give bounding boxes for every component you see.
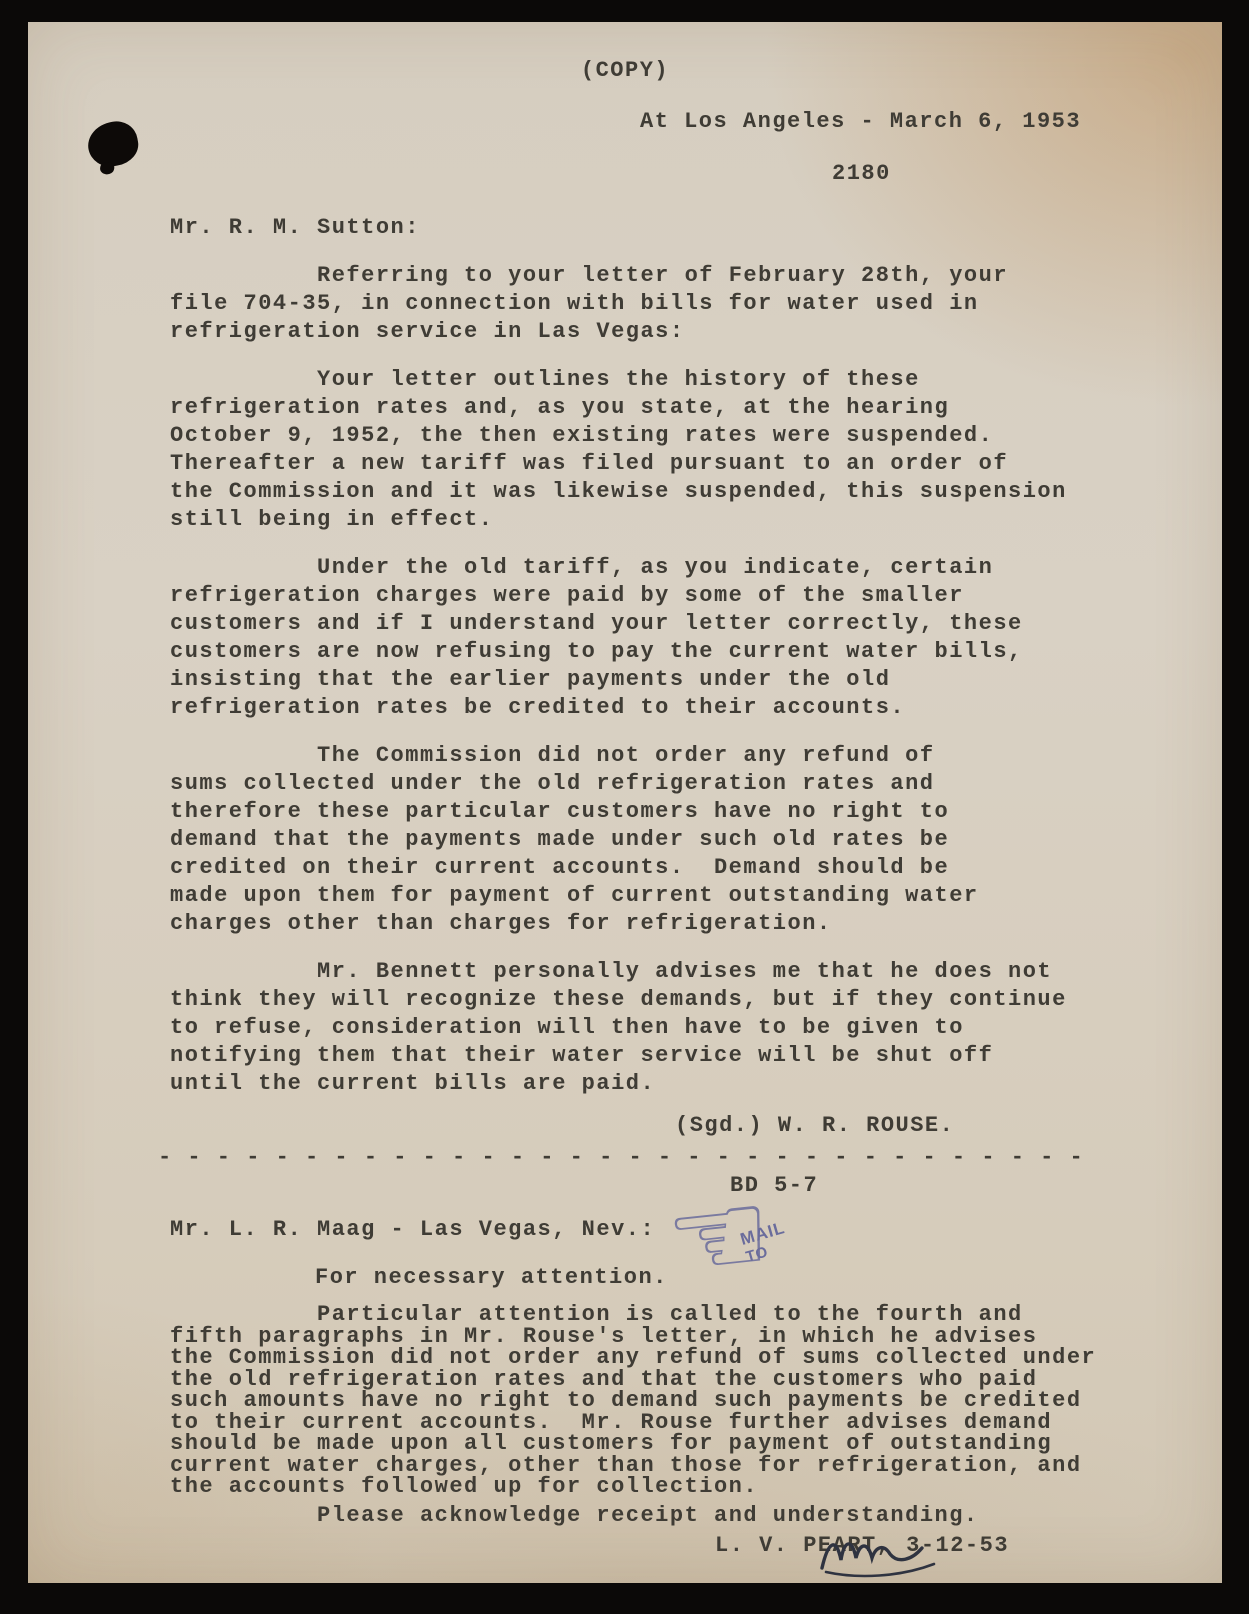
handwritten-initials bbox=[816, 1524, 966, 1582]
letter-page: (COPY) At Los Angeles - March 6, 1953 21… bbox=[28, 22, 1222, 1583]
file-number: 2180 bbox=[832, 160, 1138, 188]
forward-paragraph: Particular attention is called to the fo… bbox=[170, 1304, 1138, 1498]
salutation: Mr. R. M. Sutton: bbox=[170, 214, 1138, 242]
initials-scribble-icon bbox=[816, 1524, 966, 1582]
copy-label: (COPY) bbox=[28, 58, 1222, 83]
forward-to-line: Mr. L. R. Maag - Las Vegas, Nev.: bbox=[170, 1216, 1138, 1244]
paragraph-1: Referring to your letter of February 28t… bbox=[170, 262, 1138, 346]
reference-code: BD 5-7 bbox=[730, 1172, 1138, 1200]
paragraph-4: The Commission did not order any refund … bbox=[170, 742, 1138, 938]
paragraph-3: Under the old tariff, as you indicate, c… bbox=[170, 554, 1138, 722]
dashed-divider: - - - - - - - - - - - - - - - - - - - - … bbox=[158, 1144, 1138, 1172]
paragraph-2: Your letter outlines the history of thes… bbox=[170, 366, 1138, 534]
paragraph-5: Mr. Bennett personally advises me that h… bbox=[170, 958, 1138, 1098]
signature-line: (Sgd.) W. R. ROUSE. bbox=[675, 1112, 1138, 1140]
dateline: At Los Angeles - March 6, 1953 bbox=[640, 108, 1138, 136]
forward-note: For necessary attention. bbox=[315, 1264, 1138, 1292]
acknowledge-line: Please acknowledge receipt and understan… bbox=[170, 1504, 1138, 1528]
punch-hole bbox=[85, 118, 142, 170]
letter-body: At Los Angeles - March 6, 1953 2180 Mr. … bbox=[170, 108, 1138, 1560]
